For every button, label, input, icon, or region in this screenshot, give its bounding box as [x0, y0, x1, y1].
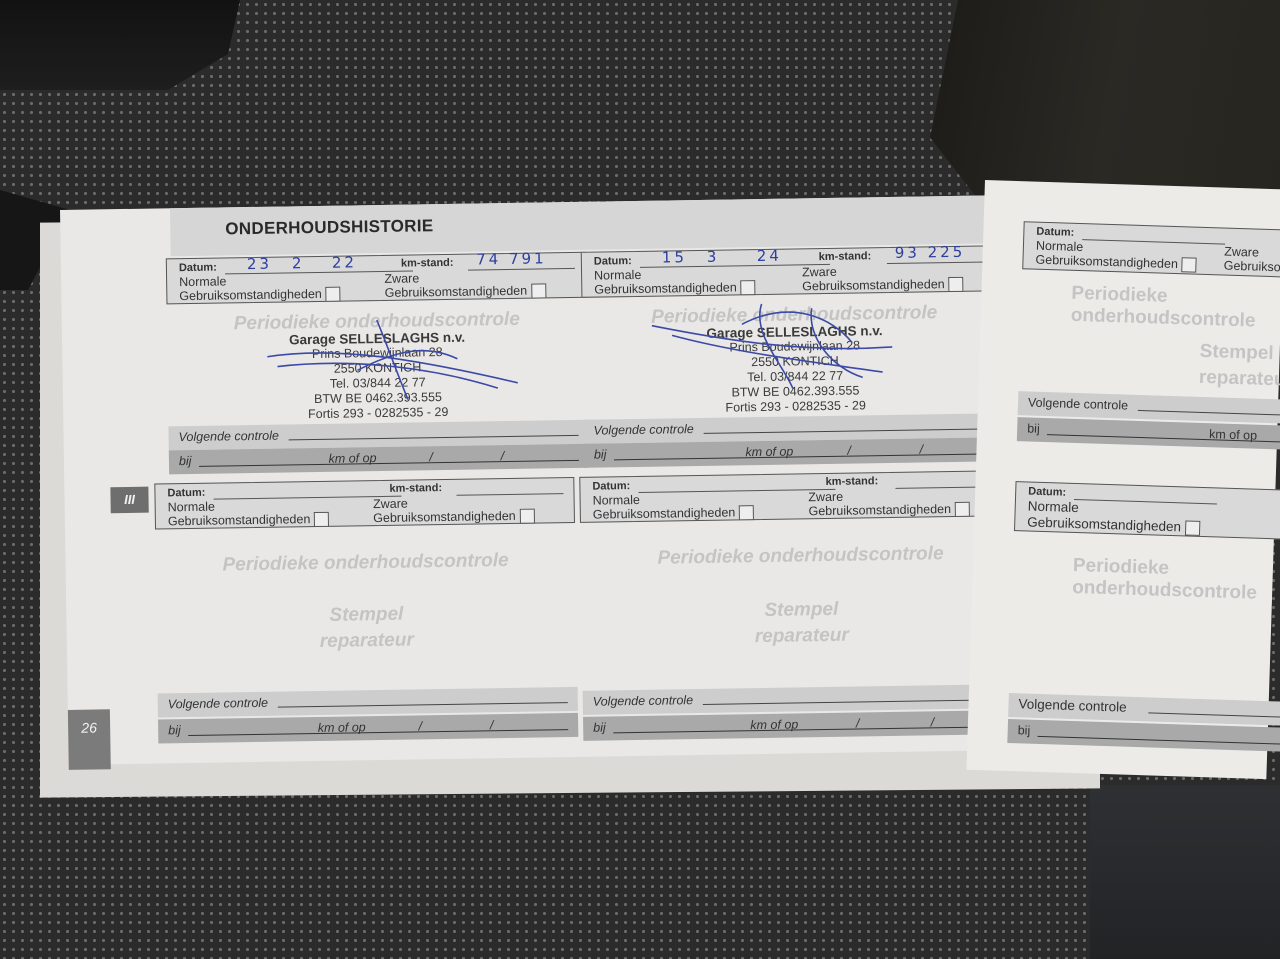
entry-header: Datum: km-stand: NormaleGebruiksomstandi…: [579, 470, 1020, 523]
maintenance-entry-1: Datum: 23 2 22 km-stand: 74 791 NormaleG…: [166, 252, 589, 474]
normale-checkbox[interactable]: [1185, 520, 1200, 535]
bij-row: bijkm of op//: [583, 710, 1023, 741]
datum-day[interactable]: 23: [247, 255, 272, 273]
normale-label: Normale: [593, 493, 640, 508]
entry-header: Datum: 23 2 22 km-stand: 74 791 NormaleG…: [166, 252, 587, 305]
datum-label: Datum:: [167, 487, 205, 500]
maintenance-entry-4: Datum: km-stand: NormaleGebruiksomstandi…: [579, 470, 1023, 752]
watermark-text: Periodieke onderhoudscontrole: [580, 542, 1020, 571]
stempel-watermark: Stempelreparateur: [156, 599, 577, 658]
normale-label: Normale: [1036, 239, 1084, 254]
bij-field[interactable]: [613, 726, 1013, 733]
datum-month[interactable]: 2: [292, 254, 305, 272]
stempel-watermark: Stempelreparateur: [1198, 339, 1280, 395]
zware-label: Zware: [802, 265, 837, 280]
volgende-controle-field[interactable]: [704, 428, 999, 434]
page-title: ONDERHOUDSHISTORIE: [225, 216, 433, 239]
zware-label: Zware: [1224, 245, 1259, 260]
datum-year[interactable]: 24: [757, 247, 782, 265]
bij-field[interactable]: [188, 729, 568, 736]
km-stand-label: km-stand:: [401, 257, 454, 270]
datum-day[interactable]: 15: [662, 248, 687, 266]
datum-label: Datum:: [592, 480, 630, 493]
volgende-controle-field[interactable]: [1148, 712, 1280, 718]
zware-checkbox[interactable]: [531, 284, 546, 299]
entry-header: Datum: 15 3 24 km-stand: 93 225 NormaleG…: [581, 245, 1007, 298]
bij-field[interactable]: [199, 460, 579, 467]
entry-header: Datum: NormaleGebruiksomstandigheden Zwa…: [1022, 221, 1280, 279]
leather-seat-side: [1090, 785, 1280, 959]
maintenance-entry-3: Datum: km-stand: NormaleGebruiksomstandi…: [154, 477, 578, 754]
normale-label: Normale: [179, 274, 226, 289]
normale-label: Normale: [594, 268, 641, 283]
normale-checkbox[interactable]: [741, 280, 756, 295]
normale-checkbox[interactable]: [326, 287, 341, 302]
zware-checkbox[interactable]: [949, 277, 964, 292]
entry-header: Datum: km-stand: NormaleGebruiksomstandi…: [154, 477, 575, 530]
watermark-text: Periodieke onderhoudscontrole: [1070, 283, 1280, 335]
watermark-text: Periodieke onderhoudscontrole: [155, 549, 575, 578]
maintenance-entry-2: Datum: 15 3 24 km-stand: 93 225 NormaleG…: [581, 245, 1009, 467]
normale-checkbox[interactable]: [314, 512, 329, 527]
zware-checkbox[interactable]: [955, 502, 970, 517]
volgende-controle-field[interactable]: [703, 699, 1013, 705]
datum-label: Datum:: [1028, 486, 1066, 499]
stempel-watermark: Stempelreparateur: [581, 594, 1022, 653]
booklet-page-left: ONDERHOUDSHISTORIE III 26 Datum: 23 2 22…: [60, 195, 999, 765]
zware-label: Zware: [373, 497, 408, 512]
normale-label: Normale: [1028, 499, 1079, 516]
datum-label: Datum:: [594, 255, 632, 268]
garage-stamp: Garage SELLESLAGHS n.v. Prins Boudewijnl…: [582, 321, 1008, 418]
zware-label: Zware: [808, 490, 843, 505]
page-number: 26: [68, 709, 111, 770]
zware-checkbox[interactable]: [520, 509, 535, 524]
km-stand-label: km-stand:: [389, 482, 442, 495]
bij-row: bijkm of op//: [158, 713, 578, 744]
volgende-controle-field[interactable]: [289, 435, 579, 441]
datum-year[interactable]: 22: [332, 253, 357, 271]
normale-checkbox[interactable]: [739, 505, 754, 520]
garage-stamp: Garage SELLESLAGHS n.v. Prins Boudewijnl…: [167, 328, 588, 425]
zware-label: Zware: [384, 271, 419, 286]
volgende-controle-field[interactable]: [1138, 410, 1280, 417]
datum-month[interactable]: 3: [707, 248, 720, 266]
maintenance-entry-6: Datum: NormaleGebruiksomstandigheden Per…: [1007, 481, 1280, 751]
volgende-controle-field[interactable]: [278, 702, 568, 708]
entry-header: Datum: NormaleGebruiksomstandigheden: [1014, 481, 1280, 541]
bij-field[interactable]: [1038, 736, 1280, 746]
km-stand-value[interactable]: 93 225: [895, 243, 966, 262]
watermark-text: Periodieke onderhoudscontrole: [1072, 555, 1280, 607]
km-stand-label: km-stand:: [826, 475, 879, 488]
normale-checkbox[interactable]: [1182, 257, 1197, 272]
booklet-page-right: Datum: NormaleGebruiksomstandigheden Zwa…: [966, 180, 1280, 779]
datum-label: Datum:: [1036, 226, 1074, 239]
bij-row: bijkm of op: [1017, 417, 1280, 451]
section-tab: III: [110, 487, 148, 514]
normale-label: Normale: [168, 500, 215, 515]
km-stand-label: km-stand:: [819, 250, 872, 263]
km-stand-value[interactable]: 74 791: [476, 249, 547, 268]
maintenance-entry-5: Datum: NormaleGebruiksomstandigheden Zwa…: [1016, 221, 1280, 461]
datum-label: Datum:: [179, 262, 217, 275]
bij-field[interactable]: [614, 453, 999, 460]
